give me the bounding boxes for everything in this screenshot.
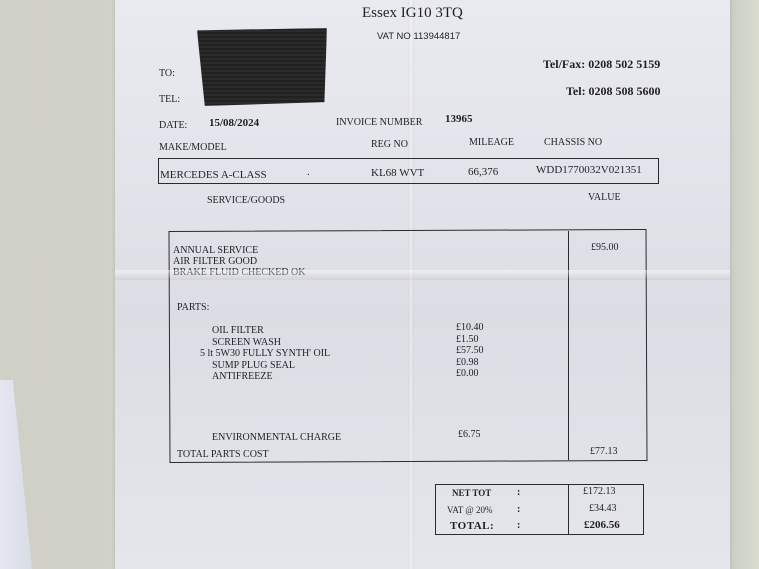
part-name: OIL FILTER [212,325,330,337]
tel-fax: Tel/Fax: 0208 502 5159 [543,57,660,72]
vat-value: £34.43 [589,503,617,514]
service-line: AIR FILTER GOOD [173,256,306,267]
part-name: ANTIFREEZE [212,371,330,383]
invoice-date: 15/08/2024 [209,117,259,129]
value-column-divider [568,231,569,460]
vat-label: VAT @ 20% [447,505,492,515]
grand-total-colon: : [517,520,520,531]
net-total-value: £172.13 [583,486,616,497]
to-label: TO: [159,68,175,79]
part-price: £0.98 [456,357,484,369]
parts-list: OIL FILTER SCREEN WASH 5 lt 5W30 FULLY S… [212,325,330,383]
totals-column-divider [568,485,569,534]
value-label: VALUE [588,192,621,203]
chassis-no: WDD1770032V021351 [536,164,642,176]
invoice-number: 13965 [445,113,473,125]
date-label: DATE: [159,120,187,131]
tel-label: TEL: [159,94,180,105]
vat-colon: : [517,504,520,515]
vat-number: VAT NO 113944817 [377,31,460,42]
grand-total-label: TOTAL: [450,520,494,532]
parts-prices: £10.40 £1.50 £57.50 £0.98 £0.00 [456,322,484,380]
invoice-number-label: INVOICE NUMBER [336,117,422,128]
reg-no-label: REG NO [371,139,408,150]
net-total-colon: : [517,487,520,498]
mileage-label: MILEAGE [469,137,514,148]
service-line: ANNUAL SERVICE [173,245,306,256]
environmental-charge-price: £6.75 [458,429,481,440]
telephone: Tel: 0208 508 5600 [566,84,661,99]
service-description: ANNUAL SERVICE AIR FILTER GOOD BRAKE FLU… [173,245,306,278]
background-surface [727,0,759,569]
part-price: £1.50 [456,334,484,346]
background-paper-edge [0,380,32,569]
service-value: £95.00 [591,242,619,253]
chassis-no-label: CHASSIS NO [544,137,602,148]
make-model: MERCEDES A-CLASS [160,169,267,181]
reg-no: KL68 WVT [371,167,424,179]
service-line: BRAKE FLUID CHECKED OK [173,267,306,278]
mileage: 66,376 [468,166,498,178]
make-model-separator: . [307,166,310,178]
net-total-label: NET TOT [452,488,491,498]
part-price: £57.50 [456,345,484,357]
parts-label: PARTS: [177,302,209,313]
address-line: Essex IG10 3TQ [362,5,463,22]
grand-total-value: £206.56 [584,519,620,531]
part-price: £0.00 [456,368,484,380]
invoice-paper: Essex IG10 3TQ VAT NO 113944817 Tel/Fax:… [115,0,730,569]
part-name: SUMP PLUG SEAL [212,360,330,372]
part-name: SCREEN WASH [212,337,330,349]
part-name: 5 lt 5W30 FULLY SYNTH' OIL [200,348,330,360]
environmental-charge-label: ENVIRONMENTAL CHARGE [212,432,341,443]
redacted-customer-details [197,28,327,106]
part-price: £10.40 [456,322,484,334]
make-model-label: MAKE/MODEL [159,142,227,153]
total-parts-cost-label: TOTAL PARTS COST [177,449,269,460]
service-goods-label: SERVICE/GOODS [207,195,285,206]
total-parts-cost: £77.13 [590,446,618,457]
